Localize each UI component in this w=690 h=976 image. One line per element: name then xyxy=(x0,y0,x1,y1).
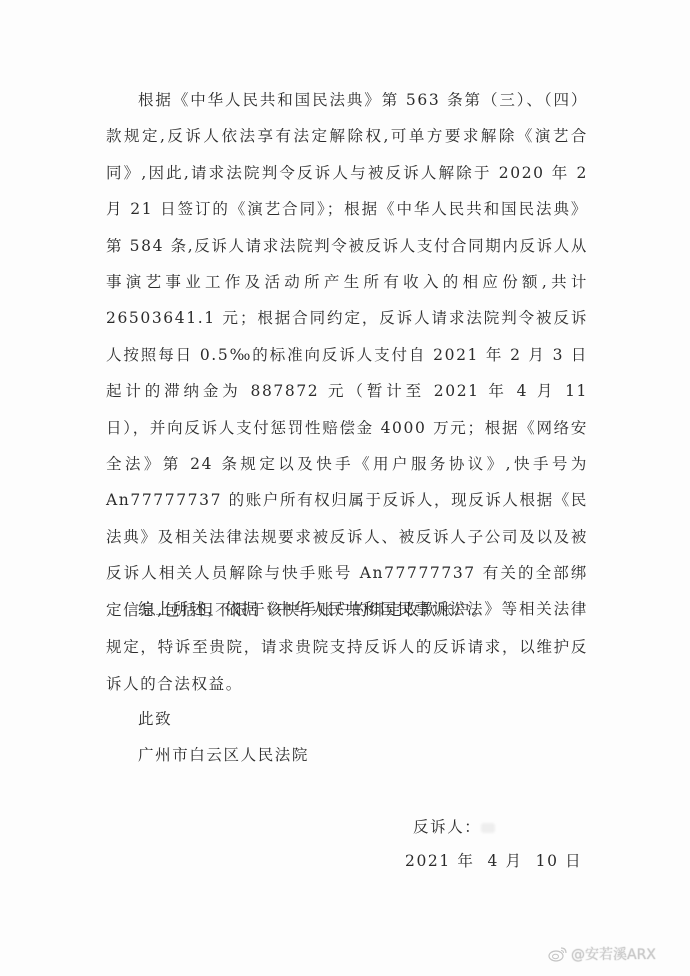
paragraph-conclusion: 综上所述，依据《中华人民共和国民事诉讼法》等相关法律规定，特诉至贵院，请求贵院支… xyxy=(106,591,588,704)
document-body: 根据《中华人民共和国民法典》第 563 条第（三）、（四）款规定,反诉人依法享有… xyxy=(106,82,588,628)
signature-label: 反诉人： xyxy=(413,818,481,836)
salutation: 此致 xyxy=(138,707,172,729)
signature-line: 反诉人： xyxy=(413,815,495,837)
addressee: 广州市白云区人民法院 xyxy=(138,743,309,765)
document-date: 2021 年 4 月 10 日 xyxy=(405,849,582,871)
watermark-text: @安若溪ARX xyxy=(571,944,656,964)
paragraph-claims: 根据《中华人民共和国民法典》第 563 条第（三）、（四）款规定,反诉人依法享有… xyxy=(106,82,588,628)
redacted-name xyxy=(481,823,495,833)
watermark: @安若溪ARX xyxy=(548,944,656,964)
document-page: 根据《中华人民共和国民法典》第 563 条第（三）、（四）款规定,反诉人依法享有… xyxy=(0,0,690,976)
weibo-icon xyxy=(548,946,568,962)
